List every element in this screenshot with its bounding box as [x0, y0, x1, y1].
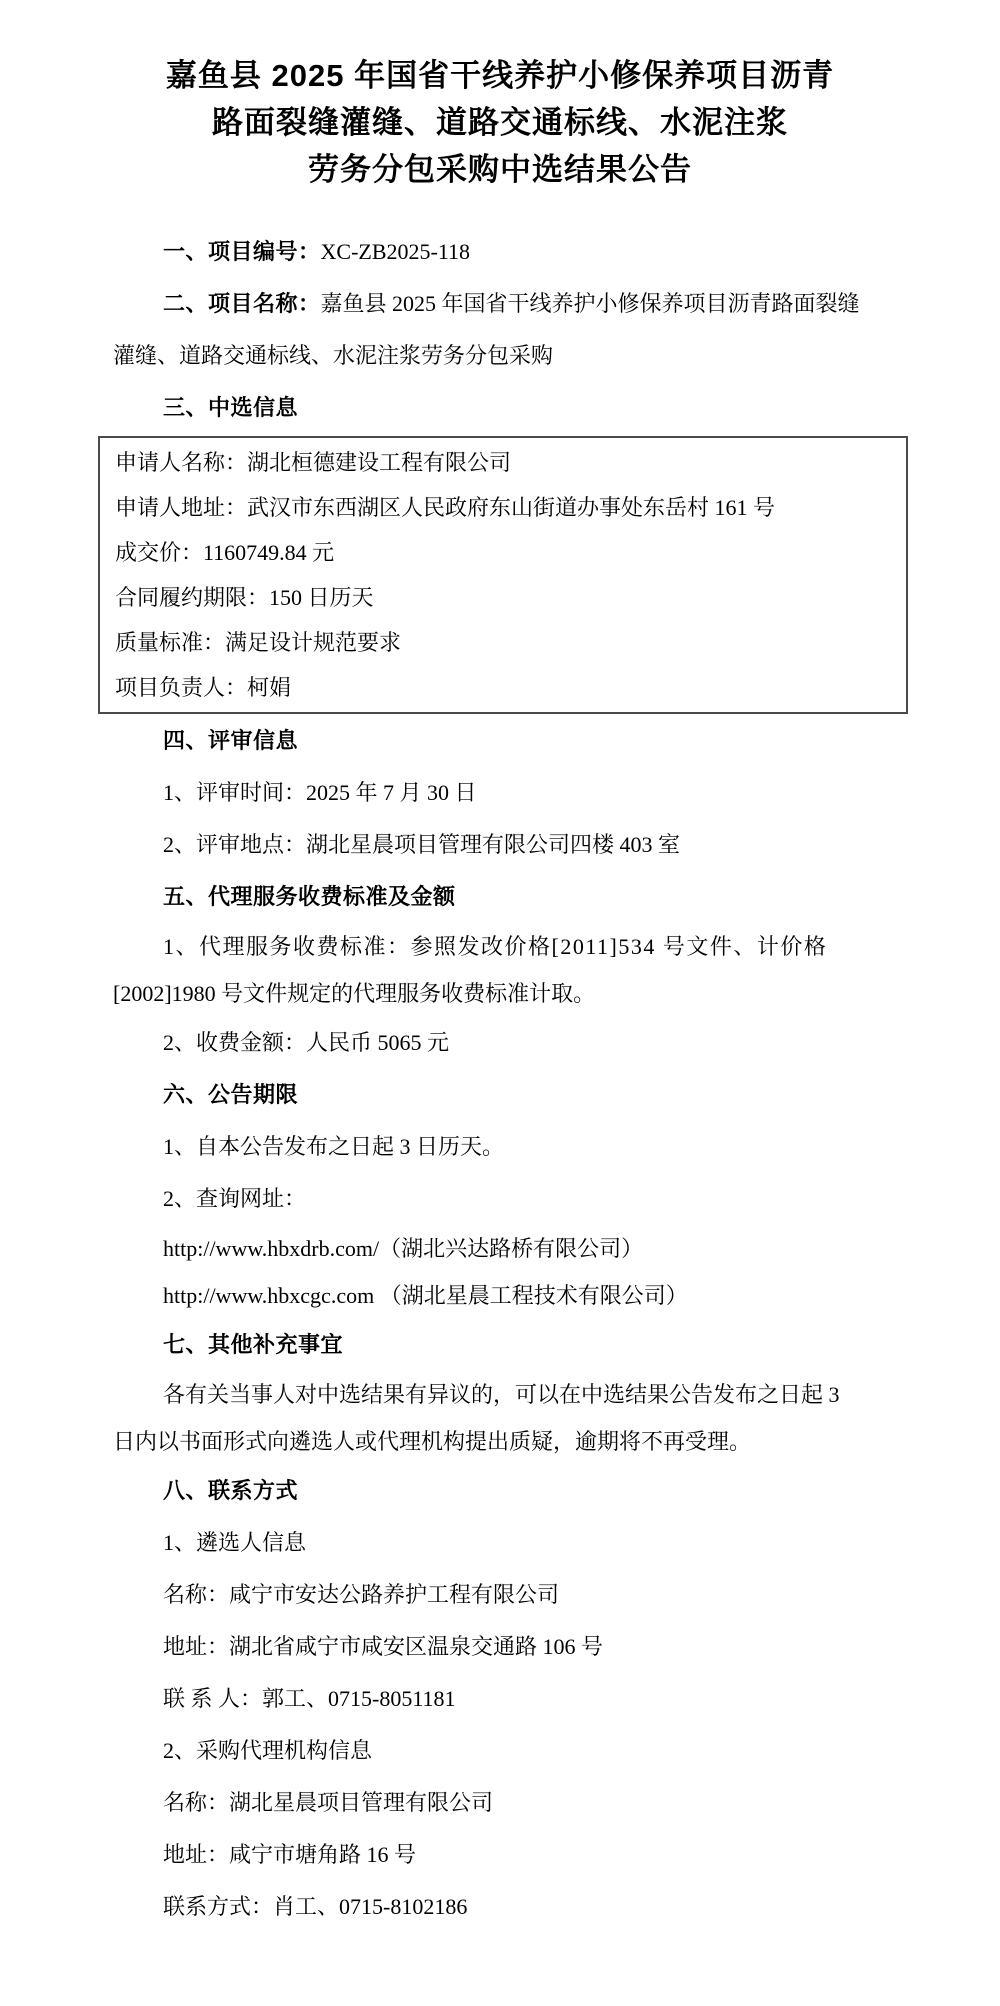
agency-fee-standard-line1: 1、代理服务收费标准：参照发改价格[2011]534 号文件、计价格: [113, 923, 908, 970]
announcement-document: 嘉鱼县 2025 年国省干线养护小修保养项目沥青 路面裂缝灌缝、道路交通标线、水…: [0, 0, 1000, 2006]
query-url-hbxcgc: http://www.hbxcgc.com （湖北星晨工程技术有限公司）: [113, 1272, 908, 1319]
project-number-label: 一、项目编号：: [163, 239, 321, 264]
announcement-period-heading: 六、公告期限: [113, 1069, 908, 1121]
selector-name-line: 名称：咸宁市安达公路养护工程有限公司: [113, 1569, 908, 1621]
agency-name-line: 名称：湖北星晨项目管理有限公司: [113, 1777, 908, 1829]
document-title-line3: 劳务分包采购中选结果公告: [0, 146, 1000, 193]
agency-info-heading: 2、采购代理机构信息: [113, 1725, 908, 1777]
supplementary-body-line2: 日内以书面形式向遴选人或代理机构提出质疑，逾期将不再受理。: [113, 1418, 908, 1465]
agency-fee-standard-line2: [2002]1980 号文件规定的代理服务收费标准计取。: [113, 970, 908, 1017]
review-time-line: 1、评审时间：2025 年 7 月 30 日: [113, 767, 908, 819]
document-title-line2: 路面裂缝灌缝、道路交通标线、水泥注浆: [0, 99, 1000, 146]
query-url-hbxdrb: http://www.hbxdrb.com/（湖北兴达路桥有限公司）: [113, 1225, 908, 1272]
applicant-name-row: 申请人名称：湖北桓德建设工程有限公司: [115, 440, 900, 485]
contract-duration-row: 合同履约期限：150 日历天: [115, 575, 900, 620]
agency-person-line: 联系方式：肖工、0715-8102186: [113, 1881, 908, 1933]
project-number-line: 一、项目编号：XC-ZB2025-118: [113, 226, 908, 278]
review-info-heading: 四、评审信息: [113, 715, 908, 767]
selector-info-heading: 1、遴选人信息: [113, 1517, 908, 1569]
project-name-value-line1: 嘉鱼县 2025 年国省干线养护小修保养项目沥青路面裂缝: [321, 291, 860, 316]
agency-fee-heading: 五、代理服务收费标准及金额: [113, 871, 908, 923]
quality-standard-row: 质量标准：满足设计规范要求: [115, 620, 900, 665]
supplementary-heading: 七、其他补充事宜: [113, 1319, 908, 1371]
selection-info-heading: 三、中选信息: [113, 382, 908, 434]
document-title: 嘉鱼县 2025 年国省干线养护小修保养项目沥青 路面裂缝灌缝、道路交通标线、水…: [0, 52, 1000, 193]
project-name-line1: 二、项目名称：嘉鱼县 2025 年国省干线养护小修保养项目沥青路面裂缝: [113, 278, 908, 330]
contact-heading: 八、联系方式: [113, 1465, 908, 1517]
agency-fee-amount-line: 2、收费金额：人民币 5065 元: [113, 1017, 908, 1069]
selector-address-line: 地址：湖北省咸宁市咸安区温泉交通路 106 号: [113, 1621, 908, 1673]
project-manager-row: 项目负责人：柯娟: [115, 665, 900, 710]
project-name-label: 二、项目名称：: [163, 291, 321, 316]
deal-price-row: 成交价：1160749.84 元: [115, 530, 900, 575]
applicant-address-row: 申请人地址：武汉市东西湖区人民政府东山街道办事处东岳村 161 号: [115, 485, 900, 530]
review-place-line: 2、评审地点：湖北星晨项目管理有限公司四楼 403 室: [113, 819, 908, 871]
query-website-label-line: 2、查询网址：: [113, 1173, 908, 1225]
agency-address-line: 地址：咸宁市塘角路 16 号: [113, 1829, 908, 1881]
selection-info-box: 申请人名称：湖北桓德建设工程有限公司 申请人地址：武汉市东西湖区人民政府东山街道…: [98, 436, 908, 714]
document-title-line1: 嘉鱼县 2025 年国省干线养护小修保养项目沥青: [0, 52, 1000, 99]
announcement-period-duration-line: 1、自本公告发布之日起 3 日历天。: [113, 1121, 908, 1173]
supplementary-body-line1: 各有关当事人对中选结果有异议的，可以在中选结果公告发布之日起 3: [113, 1371, 908, 1418]
project-name-line2: 灌缝、道路交通标线、水泥注浆劳务分包采购: [113, 330, 908, 382]
selector-person-line: 联 系 人：郭工、0715-8051181: [113, 1673, 908, 1725]
project-number-value: XC-ZB2025-118: [321, 239, 471, 264]
